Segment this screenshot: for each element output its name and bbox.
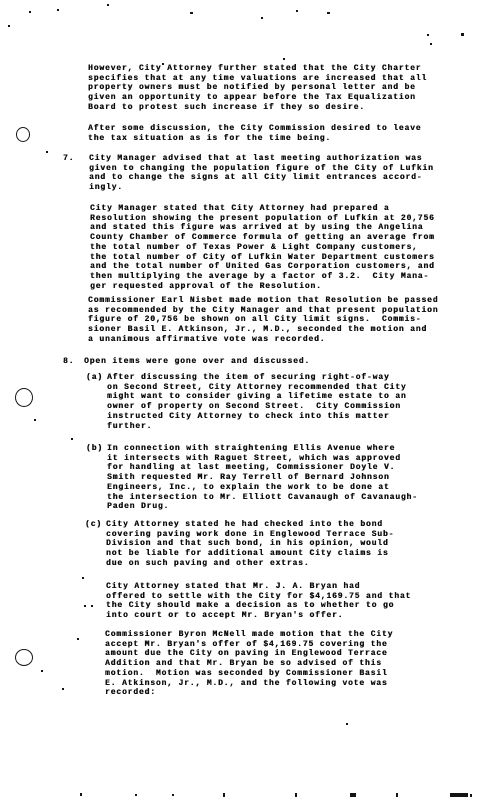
scan-speck (91, 605, 93, 607)
scan-speck (223, 793, 225, 797)
scan-speck (296, 10, 298, 12)
scan-speck (261, 17, 263, 19)
hole-punch (15, 388, 33, 407)
scan-speck (162, 63, 164, 65)
item8a-label: (a) (86, 373, 103, 383)
scan-speck (427, 34, 429, 36)
item8c-paragraph-motion: Commissioner Byron McNell made motion th… (105, 630, 393, 698)
hole-punch (16, 127, 30, 142)
scan-speck (470, 794, 472, 797)
scan-speck (8, 25, 10, 27)
item7-paragraph-resolution: City Manager stated that City Attorney h… (90, 204, 435, 291)
scan-speck (29, 11, 31, 13)
paragraph-tax-discussion: After some discussion, the City Commissi… (88, 124, 421, 143)
scan-speck (172, 794, 174, 796)
scan-speck (57, 9, 59, 11)
scan-speck (190, 12, 193, 14)
scan-speck (396, 793, 398, 797)
paragraph-tax-charter: However, City Attorney further stated th… (88, 64, 427, 113)
item7-paragraph-population: City Manager advised that at last meetin… (89, 154, 434, 193)
scan-speck (450, 793, 468, 797)
item8a-text: After discussing the item of securing ri… (107, 373, 407, 431)
scan-speck (283, 58, 285, 60)
item8-lead: Open items were gone over and discussed. (84, 357, 310, 367)
scan-speck (41, 670, 43, 672)
item8c-paragraph-bond: City Attorney stated he had checked into… (106, 520, 394, 569)
scan-speck (350, 793, 356, 797)
scan-speck (461, 33, 464, 36)
scan-speck (327, 12, 330, 14)
item7-number: 7. (63, 154, 74, 164)
item8c-label: (c) (85, 520, 102, 530)
scan-speck (62, 688, 64, 690)
item8b-text: In connection with straightening Ellis A… (107, 444, 418, 512)
scan-speck (82, 577, 84, 579)
scan-speck (295, 793, 297, 797)
scanned-page: However, City Attorney further stated th… (0, 0, 488, 800)
item8b-label: (b) (86, 444, 103, 454)
scan-speck (77, 638, 79, 640)
scan-speck (430, 43, 432, 45)
scan-speck (71, 438, 73, 440)
hole-punch (15, 649, 33, 666)
scan-speck (107, 4, 109, 6)
item7-paragraph-motion: Commissioner Earl Nisbet made motion tha… (88, 296, 438, 345)
scan-speck (34, 419, 36, 421)
scan-speck (346, 723, 348, 725)
item8c-paragraph-offer: City Attorney stated that Mr. J. A. Brya… (106, 582, 411, 621)
scan-speck (46, 151, 48, 153)
scan-speck (80, 793, 82, 796)
scan-speck (84, 605, 86, 607)
scan-speck (135, 794, 137, 796)
item8-number: 8. (63, 357, 74, 367)
